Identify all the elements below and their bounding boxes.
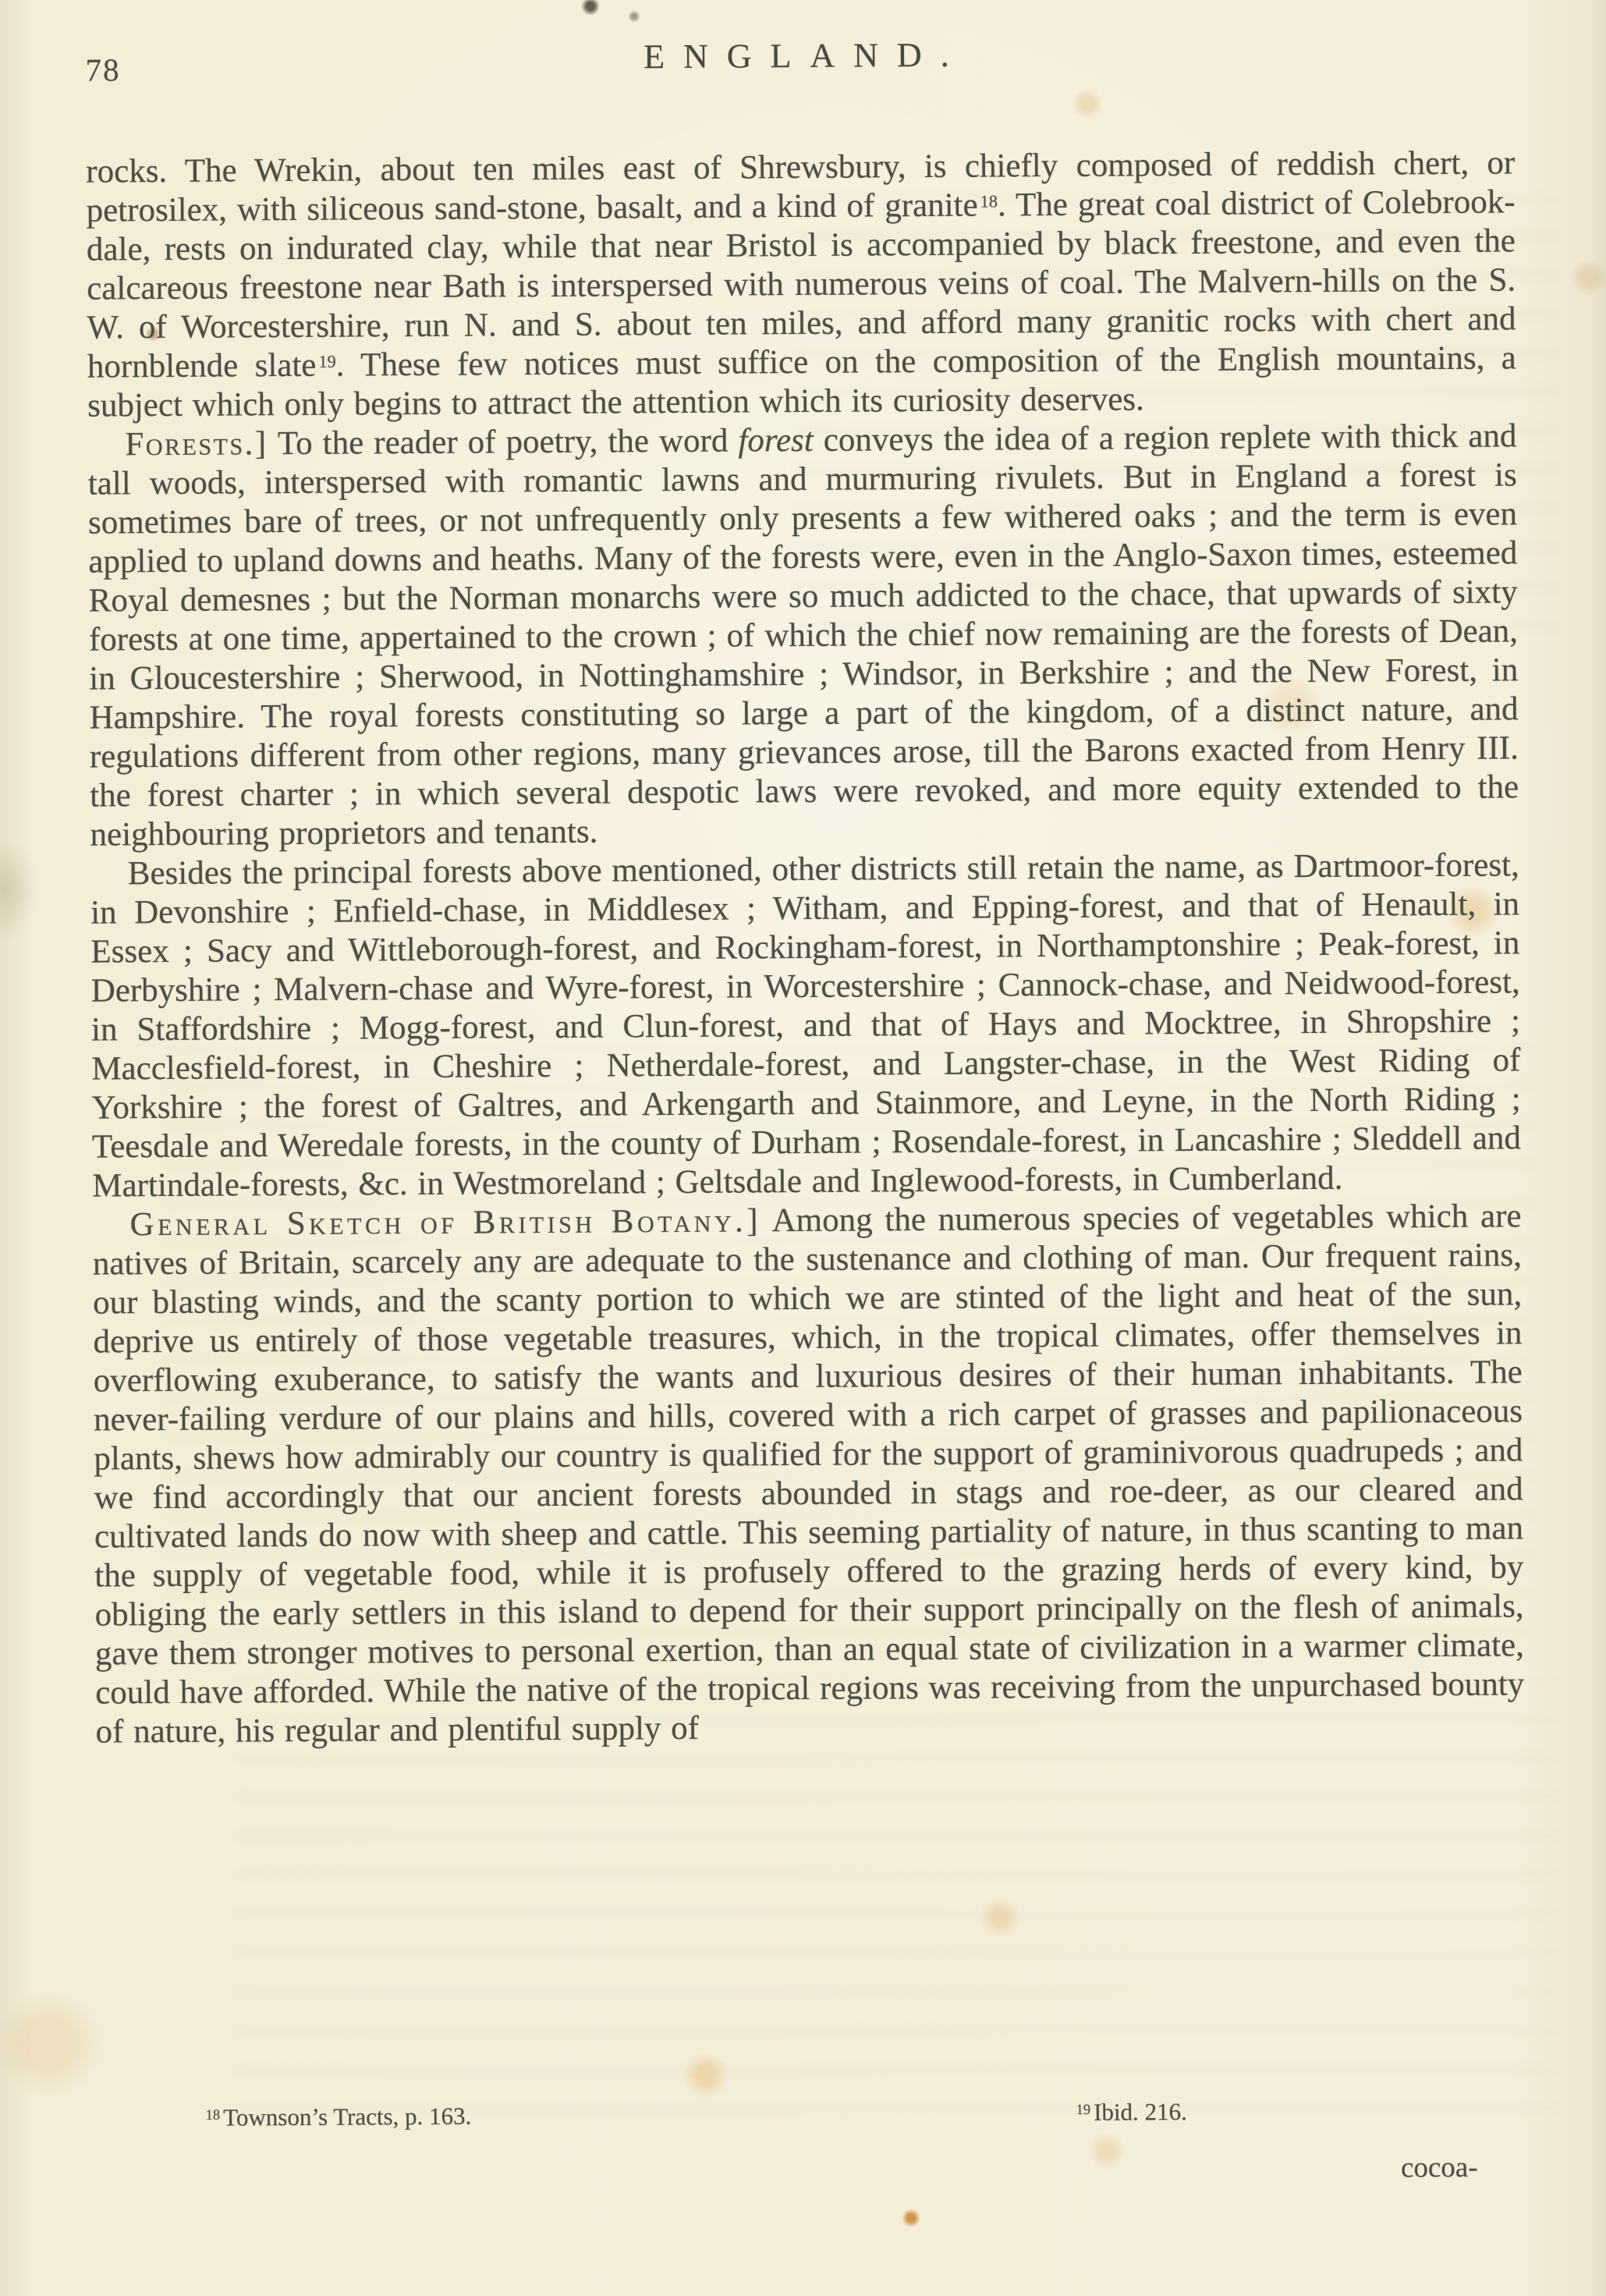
footnote-marker-19: 19 (1076, 2101, 1090, 2117)
footnote-text: Townson’s Tracts, p. 163. (223, 2103, 471, 2131)
body-text: rocks. The Wrekin, about ten miles east … (86, 144, 1524, 1751)
footnote-marker-18: 18 (205, 2106, 220, 2123)
paragraph-forests: Forests.] To the reader of poetry, the w… (87, 417, 1519, 854)
paragraph-botany: General Sketch of British Botany.] Among… (92, 1197, 1524, 1751)
catchword: cocoa- (1401, 2151, 1478, 2185)
footnote-text: Ibid. 216. (1094, 2098, 1187, 2126)
footnote-18: 18Townson’s Tracts, p. 163. (205, 2103, 471, 2132)
footnote-ref-18: 18 (980, 191, 998, 211)
body-text-segment: To the reader of poetry, the word (268, 422, 739, 462)
footnote-19: 19Ibid. 216. (1076, 2098, 1186, 2127)
footnotes-area: 18Townson’s Tracts, p. 163. 19Ibid. 216. (97, 2095, 1526, 2159)
page-content: 78 ENGLAND. rocks. The Wrekin, about ten… (0, 0, 1606, 2296)
running-title: ENGLAND. (0, 31, 1600, 81)
paragraph-forest-districts: Besides the principal forests above ment… (90, 846, 1522, 1205)
body-text-segment: Among the numerous species of vegetables… (93, 1198, 1525, 1750)
footnote-ref-19: 19 (318, 351, 336, 371)
section-heading-forests: Forests.] (125, 425, 268, 463)
body-text-segment: Besides the principal forests above ment… (90, 846, 1521, 1204)
body-text-segment: conveys the idea of a region replete wit… (88, 417, 1519, 853)
italic-word-forest: forest (738, 422, 814, 460)
book-page-scan: 78 ENGLAND. rocks. The Wrekin, about ten… (0, 0, 1606, 2296)
section-heading-botany: General Sketch of British Botany.] (129, 1202, 761, 1243)
paragraph-geology-continuation: rocks. The Wrekin, about ten miles east … (86, 144, 1516, 425)
